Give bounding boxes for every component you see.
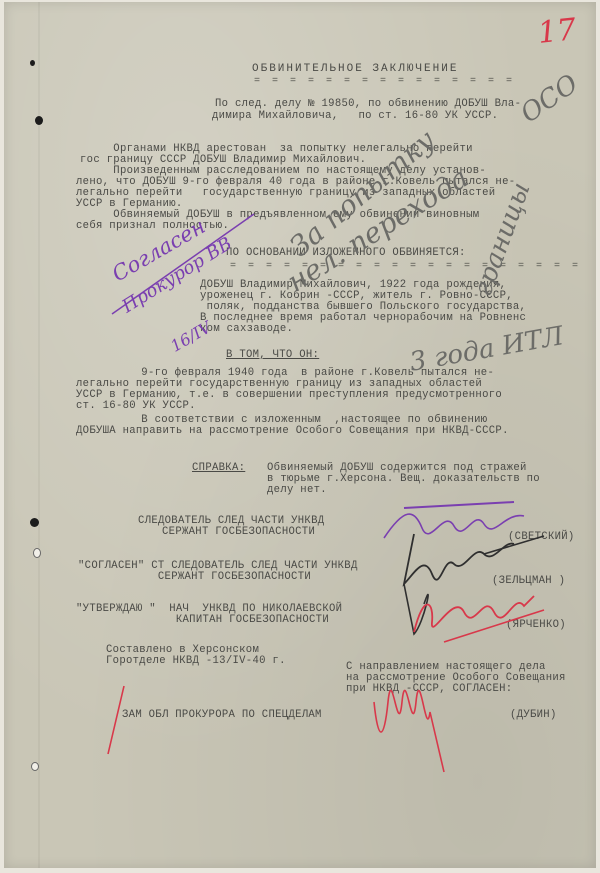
violet-date-annotation: 16/IV (167, 317, 214, 355)
prosecutor-name: (ДУБИН) (510, 710, 557, 722)
document-title: ОБВИНИТЕЛЬНОЕ ЗАКЛЮЧЕНИЕ (252, 64, 458, 76)
punch-hole (31, 762, 39, 771)
punch-hole (33, 548, 41, 558)
sheet-number: 17 (536, 12, 578, 51)
conclusion-line-2: ДОБУША направить на рассмотрение Особого… (76, 426, 509, 438)
approver-signature (404, 582, 554, 652)
prosecutor-signature (364, 682, 454, 782)
punch-hole (35, 116, 43, 125)
document-page: 17 ОБВИНИТЕЛЬНОЕ ЗАКЛЮЧЕНИЕ = = = = = = … (4, 2, 596, 868)
violet-slash-line (104, 202, 304, 322)
title-rule: = = = = = = = = = = = = = = = (254, 76, 515, 88)
compiled-line-2: Горотделе НКВД -13/IV-40 г. (106, 656, 286, 668)
prosecutor-role: ЗАМ ОБЛ ПРОКУРОРА ПО СПЕЦДЕЛАМ (122, 710, 322, 722)
case-reference-line-2: димира Михайловича, по ст. 16-80 УК УССР… (212, 111, 498, 123)
pencil-topright-annotation: ОСО (515, 69, 583, 129)
red-margin-slash (100, 682, 130, 762)
case-reference-line-1: По след. делу № 19850, по обвинению ДОБУ… (215, 99, 521, 111)
offense-line-4: ст. 16-80 УК УССР. (76, 401, 196, 413)
fold-crease (38, 2, 40, 868)
punch-hole (30, 60, 35, 66)
investigator-role-line-2: СЕРЖАНТ ГОСБЕЗОПАСНОСТИ (162, 527, 315, 539)
note-label: СПРАВКА: (192, 463, 245, 475)
in-that-heading: В ТОМ, ЧТО ОН: (226, 350, 319, 362)
senior-investigator-role-line-2: СЕРЖАНТ ГОСБЕЗОПАСНОСТИ (78, 572, 311, 584)
approver-role-line-2: КАПИТАН ГОСБЕЗОПАСНОСТИ (76, 615, 329, 627)
note-line-3: делу нет. (267, 485, 327, 497)
punch-hole (30, 518, 39, 527)
